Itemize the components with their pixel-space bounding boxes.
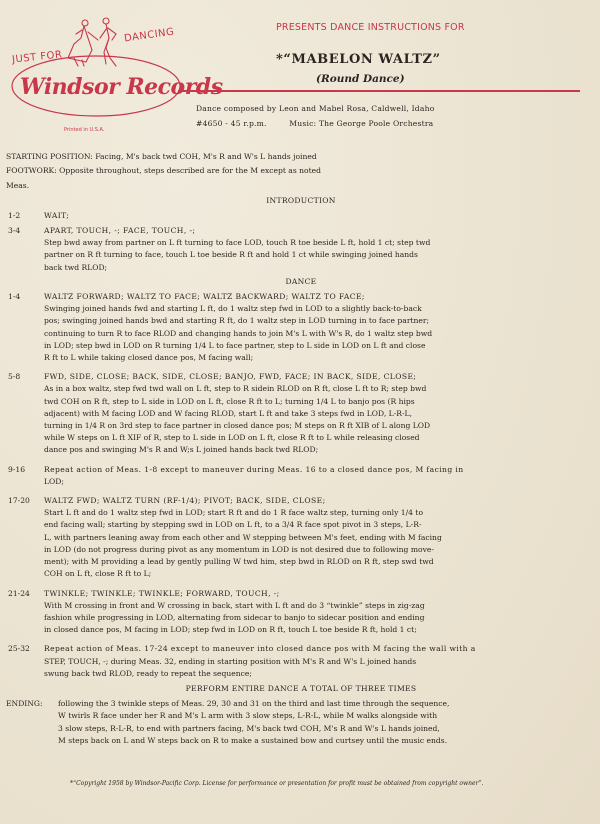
measure-line: fashion while progressing in LOD, altern… [44,612,596,624]
ending-label: ENDING: [6,698,58,747]
measure-content: APART, TOUCH, -; FACE, TOUCH, -;Step bwd… [44,225,596,274]
measure-line: With M crossing in front and W crossing … [44,600,596,612]
measure-line: pos; swinging joined hands bwd and start… [44,315,596,327]
ending-entry: ENDING: following the 3 twinkle steps of… [6,698,596,747]
measure-entry: 17-20WALTZ FWD; WALTZ TURN (RF-1/4); PIV… [6,495,596,580]
measure-content: Repeat action of Meas. 1-8 except to man… [44,464,596,488]
measure-line: continuing to turn R to face RLOD and ch… [44,328,596,340]
measure-number: 21-24 [6,588,44,637]
dance-list: 1-4WALTZ FORWARD; WALTZ TO FACE; WALTZ B… [6,291,596,680]
dance-subtitle: (Round Dance) [316,73,405,85]
record-line: #4650 - 45 r.p.m. Music: The George Pool… [196,116,434,131]
measure-line: in LOD; step bwd in LOD on R turning 1/4… [44,340,596,352]
introduction-list: 1-2WAIT;3-4APART, TOUCH, -; FACE, TOUCH,… [6,210,596,274]
measure-line: L, with partners leaning away from each … [44,532,596,544]
measure-heading: WAIT; [44,210,596,222]
dance-title: *“MABELON WALTZ” [276,52,441,67]
windsor-records-logo: JUST FOR DANCING Windsor Records Printed… [6,14,186,124]
meas-label: Meas. [6,180,596,192]
measure-entry: 25-32Repeat action of Meas. 17-24 except… [6,643,596,680]
measure-content: Repeat action of Meas. 17-24 except to m… [44,643,596,680]
measure-line: swung back twd RLOD, ready to repeat the… [44,668,596,680]
ending-text: following the 3 twinkle steps of Meas. 2… [58,698,449,747]
measure-line: R ft to L while taking closed dance pos,… [44,352,596,364]
measure-line: in closed dance pos, M facing in LOD; st… [44,624,596,636]
measure-line: dance pos and swinging M's R and W;s L j… [44,444,596,456]
measure-entry: 1-4WALTZ FORWARD; WALTZ TO FACE; WALTZ B… [6,291,596,364]
measure-heading: TWINKLE; TWINKLE; TWINKLE; FORWARD, TOUC… [44,588,596,600]
instruction-sheet: JUST FOR DANCING Windsor Records Printed… [0,0,600,824]
measure-line: COH on L ft, close R ft to L; [44,568,596,580]
measure-number: 1-4 [6,291,44,364]
measure-number: 25-32 [6,643,44,680]
measure-heading: WALTZ FORWARD; WALTZ TO FACE; WALTZ BACK… [44,291,596,303]
measure-line: end facing wall; starting by stepping sw… [44,519,596,531]
measure-heading: Repeat action of Meas. 17-24 except to m… [44,643,596,655]
footwork: FOOTWORK: Opposite throughout, steps des… [6,165,596,177]
measure-heading: FWD, SIDE, CLOSE; BACK, SIDE, CLOSE; BAN… [44,371,596,383]
measure-line: turning in 1/4 R on 3rd step to face par… [44,420,596,432]
measure-entry: 5-8FWD, SIDE, CLOSE; BACK, SIDE, CLOSE; … [6,371,596,456]
music-credit: Music: The George Poole Orchestra [289,119,433,128]
measure-entry: 21-24TWINKLE; TWINKLE; TWINKLE; FORWARD,… [6,588,596,637]
measure-line: back twd RLOD; [44,262,596,274]
measure-number: 17-20 [6,495,44,580]
section-perform: PERFORM ENTIRE DANCE A TOTAL OF THREE TI… [6,683,596,695]
measure-line: while W steps on L ft XIF of R, step to … [44,432,596,444]
measure-entry: 9-16Repeat action of Meas. 1-8 except to… [6,464,596,488]
measure-line: adjacent) with M facing LOD and W facing… [44,408,596,420]
measure-entry: 1-2WAIT; [6,210,596,222]
section-dance: DANCE [6,276,596,288]
measure-heading: Repeat action of Meas. 1-8 except to man… [44,464,596,476]
logo-brand: Windsor Records [20,74,223,100]
credits: Dance composed by Leon and Mabel Rosa, C… [196,101,434,131]
starting-position: STARTING POSITION: Facing, M's back twd … [6,151,596,163]
measure-content: FWD, SIDE, CLOSE; BACK, SIDE, CLOSE; BAN… [44,371,596,456]
measure-line: ment); with M providing a lead by gently… [44,556,596,568]
measure-entry: 3-4APART, TOUCH, -; FACE, TOUCH, -;Step … [6,225,596,274]
header-rule [178,90,580,92]
measure-line: twd COH on R ft, step to L side in LOD o… [44,396,596,408]
ending-line: following the 3 twinkle steps of Meas. 2… [58,698,449,710]
measure-number: 1-2 [6,210,44,222]
measure-content: WALTZ FWD; WALTZ TURN (RF-1/4); PIVOT; B… [44,495,596,580]
measure-line: STEP, TOUCH, -; during Meas. 32, ending … [44,656,596,668]
measure-content: TWINKLE; TWINKLE; TWINKLE; FORWARD, TOUC… [44,588,596,637]
measure-number: 9-16 [6,464,44,488]
ending-line: 3 slow steps, R-L-R, to end with partner… [58,723,449,735]
measure-content: WAIT; [44,210,596,222]
measure-number: 3-4 [6,225,44,274]
measure-heading: WALTZ FWD; WALTZ TURN (RF-1/4); PIVOT; B… [44,495,596,507]
record-number: #4650 - 45 r.p.m. [196,119,267,128]
ending-line: W twirls R face under her R and M's L ar… [58,710,449,722]
presents-heading: PRESENTS DANCE INSTRUCTIONS FOR [276,22,465,33]
instructions-body: STARTING POSITION: Facing, M's back twd … [6,151,596,747]
logo-printed-in-usa: Printed in U.S.A. [64,127,104,133]
copyright-notice: *“Copyright 1958 by Windsor-Pacific Corp… [70,780,483,787]
measure-line: in LOD (do not progress during pivot as … [44,544,596,556]
measure-line: As in a box waltz, step fwd twd wall on … [44,383,596,395]
ending-line: M steps back on L and W steps back on R … [58,735,449,747]
measure-line: LOD; [44,476,596,488]
measure-number: 5-8 [6,371,44,456]
measure-line: Start L ft and do 1 waltz step fwd in LO… [44,507,596,519]
measure-line: Step bwd away from partner on L ft turni… [44,237,596,249]
measure-content: WALTZ FORWARD; WALTZ TO FACE; WALTZ BACK… [44,291,596,364]
composer-line: Dance composed by Leon and Mabel Rosa, C… [196,101,434,116]
measure-heading: APART, TOUCH, -; FACE, TOUCH, -; [44,225,596,237]
measure-line: partner on R ft turning to face, touch L… [44,249,596,261]
section-introduction: INTRODUCTION [6,195,596,207]
measure-line: Swinging joined hands fwd and starting L… [44,303,596,315]
